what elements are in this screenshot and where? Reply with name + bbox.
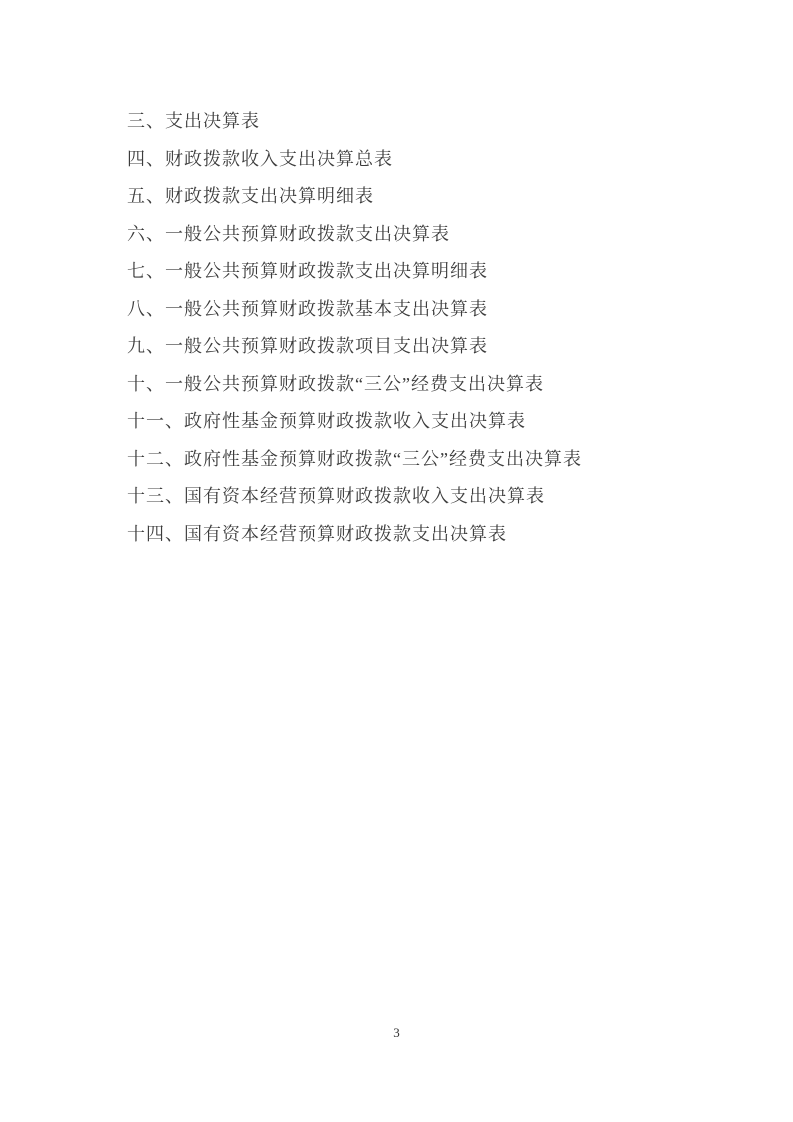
toc-item: 九、一般公共预算财政拨款项目支出决算表 <box>127 328 582 366</box>
toc-list: 三、支出决算表 四、财政拨款收入支出决算总表 五、财政拨款支出决算明细表 六、一… <box>127 103 582 553</box>
toc-item: 三、支出决算表 <box>127 103 582 141</box>
toc-item: 六、一般公共预算财政拨款支出决算表 <box>127 216 582 254</box>
toc-item: 十一、政府性基金预算财政拨款收入支出决算表 <box>127 403 582 441</box>
toc-item: 五、财政拨款支出决算明细表 <box>127 178 582 216</box>
toc-item: 十三、国有资本经营预算财政拨款收入支出决算表 <box>127 478 582 516</box>
toc-item: 七、一般公共预算财政拨款支出决算明细表 <box>127 253 582 291</box>
toc-item: 十、一般公共预算财政拨款“三公”经费支出决算表 <box>127 366 582 404</box>
toc-item: 八、一般公共预算财政拨款基本支出决算表 <box>127 291 582 329</box>
toc-item: 四、财政拨款收入支出决算总表 <box>127 141 582 179</box>
document-page: 三、支出决算表 四、财政拨款收入支出决算总表 五、财政拨款支出决算明细表 六、一… <box>0 0 793 1122</box>
page-number: 3 <box>0 1025 793 1041</box>
toc-item: 十二、政府性基金预算财政拨款“三公”经费支出决算表 <box>127 441 582 479</box>
toc-item: 十四、国有资本经营预算财政拨款支出决算表 <box>127 516 582 554</box>
